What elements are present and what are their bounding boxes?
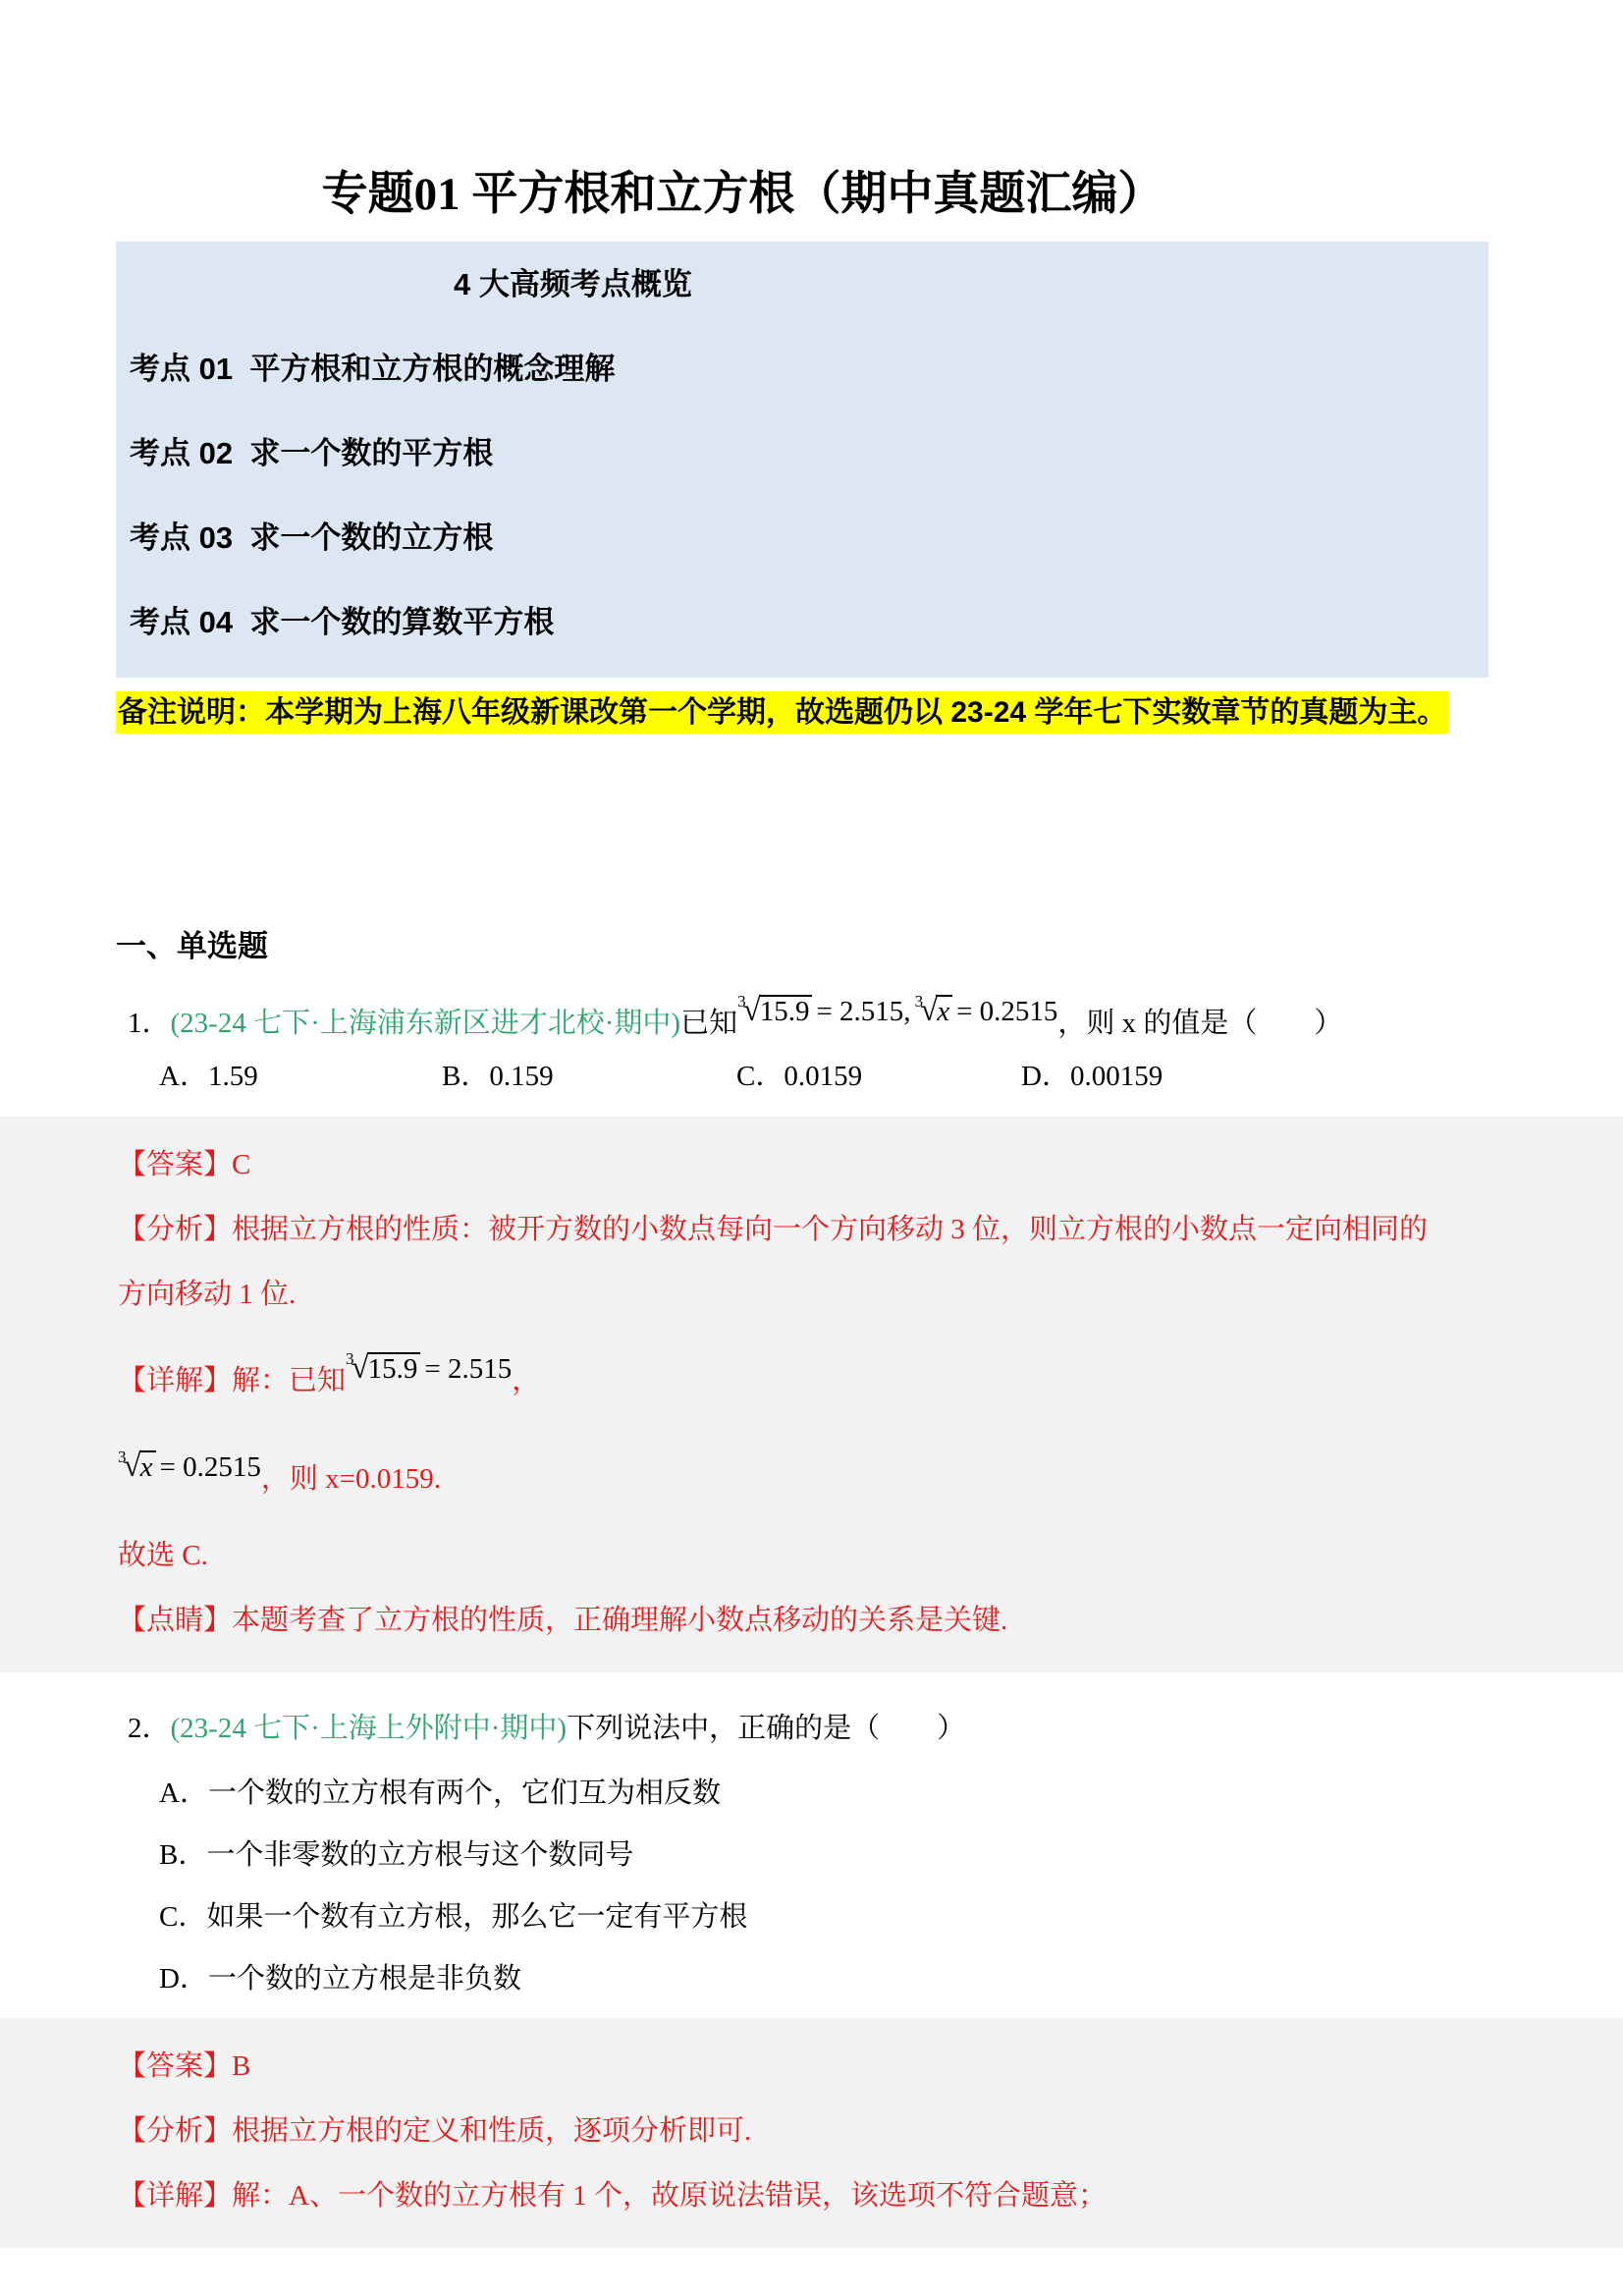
detail-1-line-1: 【详解】解：已知3√15.9= 2.515，: [118, 1327, 1505, 1425]
question-1-stem: 1．(23-24 七下·上海浦东新区进才北校·期中)已知3√15.9= 2.51…: [128, 993, 1525, 1044]
question-2-option-b: B．一个非零数的立方根与这个数同号: [159, 1825, 1525, 1886]
question-2-number: 2．: [128, 1713, 171, 1744]
question-1-option-b: B．0.159: [442, 1056, 736, 1097]
page-title: 专题01 平方根和立方根（期中真题汇编）: [98, 169, 1525, 220]
radicand: 15.9: [759, 995, 813, 1026]
formula-rhs: = 0.2515: [956, 996, 1057, 1027]
overview-item-4: 考点 04 求一个数的算数平方根: [130, 605, 1475, 640]
overview-item-1: 考点 01 平方根和立方根的概念理解: [130, 352, 1475, 387]
cube-root-formula-detail-2: 3√x= 0.2515: [118, 1413, 261, 1511]
document-page: 专题01 平方根和立方根（期中真题汇编） 4 大高频考点概览 考点 01 平方根…: [0, 0, 1623, 2296]
cube-root-formula-detail-1: 3√15.9= 2.515: [346, 1315, 512, 1413]
formula-rhs: = 2.515: [424, 1353, 512, 1385]
formula-rhs: = 0.2515: [160, 1451, 261, 1483]
note-row: 备注说明：本学期为上海八年级新课改第一个学期，故选题仍以 23-24 学年七下实…: [98, 678, 1525, 734]
detail-separator: ，: [512, 1365, 540, 1396]
question-1-option-a: A．1.59: [159, 1056, 442, 1097]
answer-block-2: 【答案】B 【分析】根据立方根的定义和性质，逐项分析即可. 【详解】解：A、一个…: [0, 2018, 1623, 2248]
question-2-options: A．一个数的立方根有两个，它们互为相反数 B．一个非零数的立方根与这个数同号 C…: [159, 1763, 1525, 2010]
answer-value: C: [232, 1149, 250, 1180]
section-heading: 一、单选题: [116, 928, 1525, 965]
answer-block-1: 【答案】C 【分析】根据立方根的性质：被开方数的小数点每向一个方向移动 3 位，…: [0, 1117, 1623, 1672]
overview-box: 4 大高频考点概览 考点 01 平方根和立方根的概念理解 考点 02 求一个数的…: [116, 242, 1488, 678]
question-1-number: 1．: [128, 1008, 171, 1039]
answer-label: 【答案】: [118, 2050, 232, 2082]
detail-2-line: 【详解】解：A、一个数的立方根有 1 个，故原说法错误，该选项不符合题意；: [118, 2163, 1505, 2228]
detail-prefix: 【详解】解：已知: [118, 1365, 346, 1396]
question-1-stem-prefix: 已知: [680, 1008, 737, 1039]
question-2-stem-text: 下列说法中，正确的是（ ）: [567, 1713, 965, 1744]
question-1-option-c: C．0.0159: [736, 1056, 1021, 1097]
answer-2-line: 【答案】B: [118, 2034, 1505, 2099]
question-2-source: (23-24 七下·上海上外附中·期中): [171, 1713, 568, 1744]
analysis-1-line: 【分析】根据立方根的性质：被开方数的小数点每向一个方向移动 3 位，则立方根的小…: [118, 1197, 1505, 1262]
question-2-option-c: C．如果一个数有立方根，那么它一定有平方根: [159, 1886, 1525, 1948]
question-1-options: A．1.59 B．0.159 C．0.0159 D．0.00159: [159, 1056, 1525, 1097]
answer-label: 【答案】: [118, 1149, 232, 1180]
tip-1: 【点睛】本题考查了立方根的性质，正确理解小数点移动的关系是关键.: [118, 1588, 1505, 1653]
formula-rhs: = 2.515,: [816, 996, 910, 1027]
analysis-2-line: 【分析】根据立方根的定义和性质，逐项分析即可.: [118, 2099, 1505, 2163]
answer-1-line: 【答案】C: [118, 1132, 1505, 1197]
overview-item-2: 考点 02 求一个数的平方根: [130, 436, 1475, 471]
overview-item-3: 考点 03 求一个数的立方根: [130, 520, 1475, 556]
detail-1-line-2: 3√x= 0.2515，则 x=0.0159.: [118, 1425, 1505, 1523]
conclusion-1: 故选 C.: [118, 1523, 1505, 1588]
answer-value: B: [232, 2050, 250, 2082]
overview-heading: 4 大高频考点概览: [454, 267, 1475, 302]
radicand: 15.9: [367, 1352, 421, 1384]
question-1-stem-suffix: ，则 x 的值是（ ）: [1057, 1008, 1342, 1039]
question-1-option-d: D．0.00159: [1021, 1056, 1525, 1097]
question-2-option-a: A．一个数的立方根有两个，它们互为相反数: [159, 1763, 1525, 1825]
question-2-stem: 2．(23-24 七下·上海上外附中·期中)下列说法中，正确的是（ ）: [128, 1708, 1525, 1749]
cube-root-formula-1: 3√15.9= 2.515,3√x= 0.2515: [737, 981, 1057, 1032]
radicand: x: [936, 995, 952, 1026]
question-2-option-d: D．一个数的立方根是非负数: [159, 1948, 1525, 2010]
note-highlight: 备注说明：本学期为上海八年级新课改第一个学期，故选题仍以 23-24 学年七下实…: [116, 691, 1448, 734]
question-1-source: (23-24 七下·上海浦东新区进才北校·期中): [171, 1008, 681, 1039]
analysis-1-cont: 方向移动 1 位.: [118, 1262, 1505, 1327]
radicand: x: [139, 1450, 156, 1482]
detail-suffix: ，则 x=0.0159.: [261, 1463, 441, 1495]
